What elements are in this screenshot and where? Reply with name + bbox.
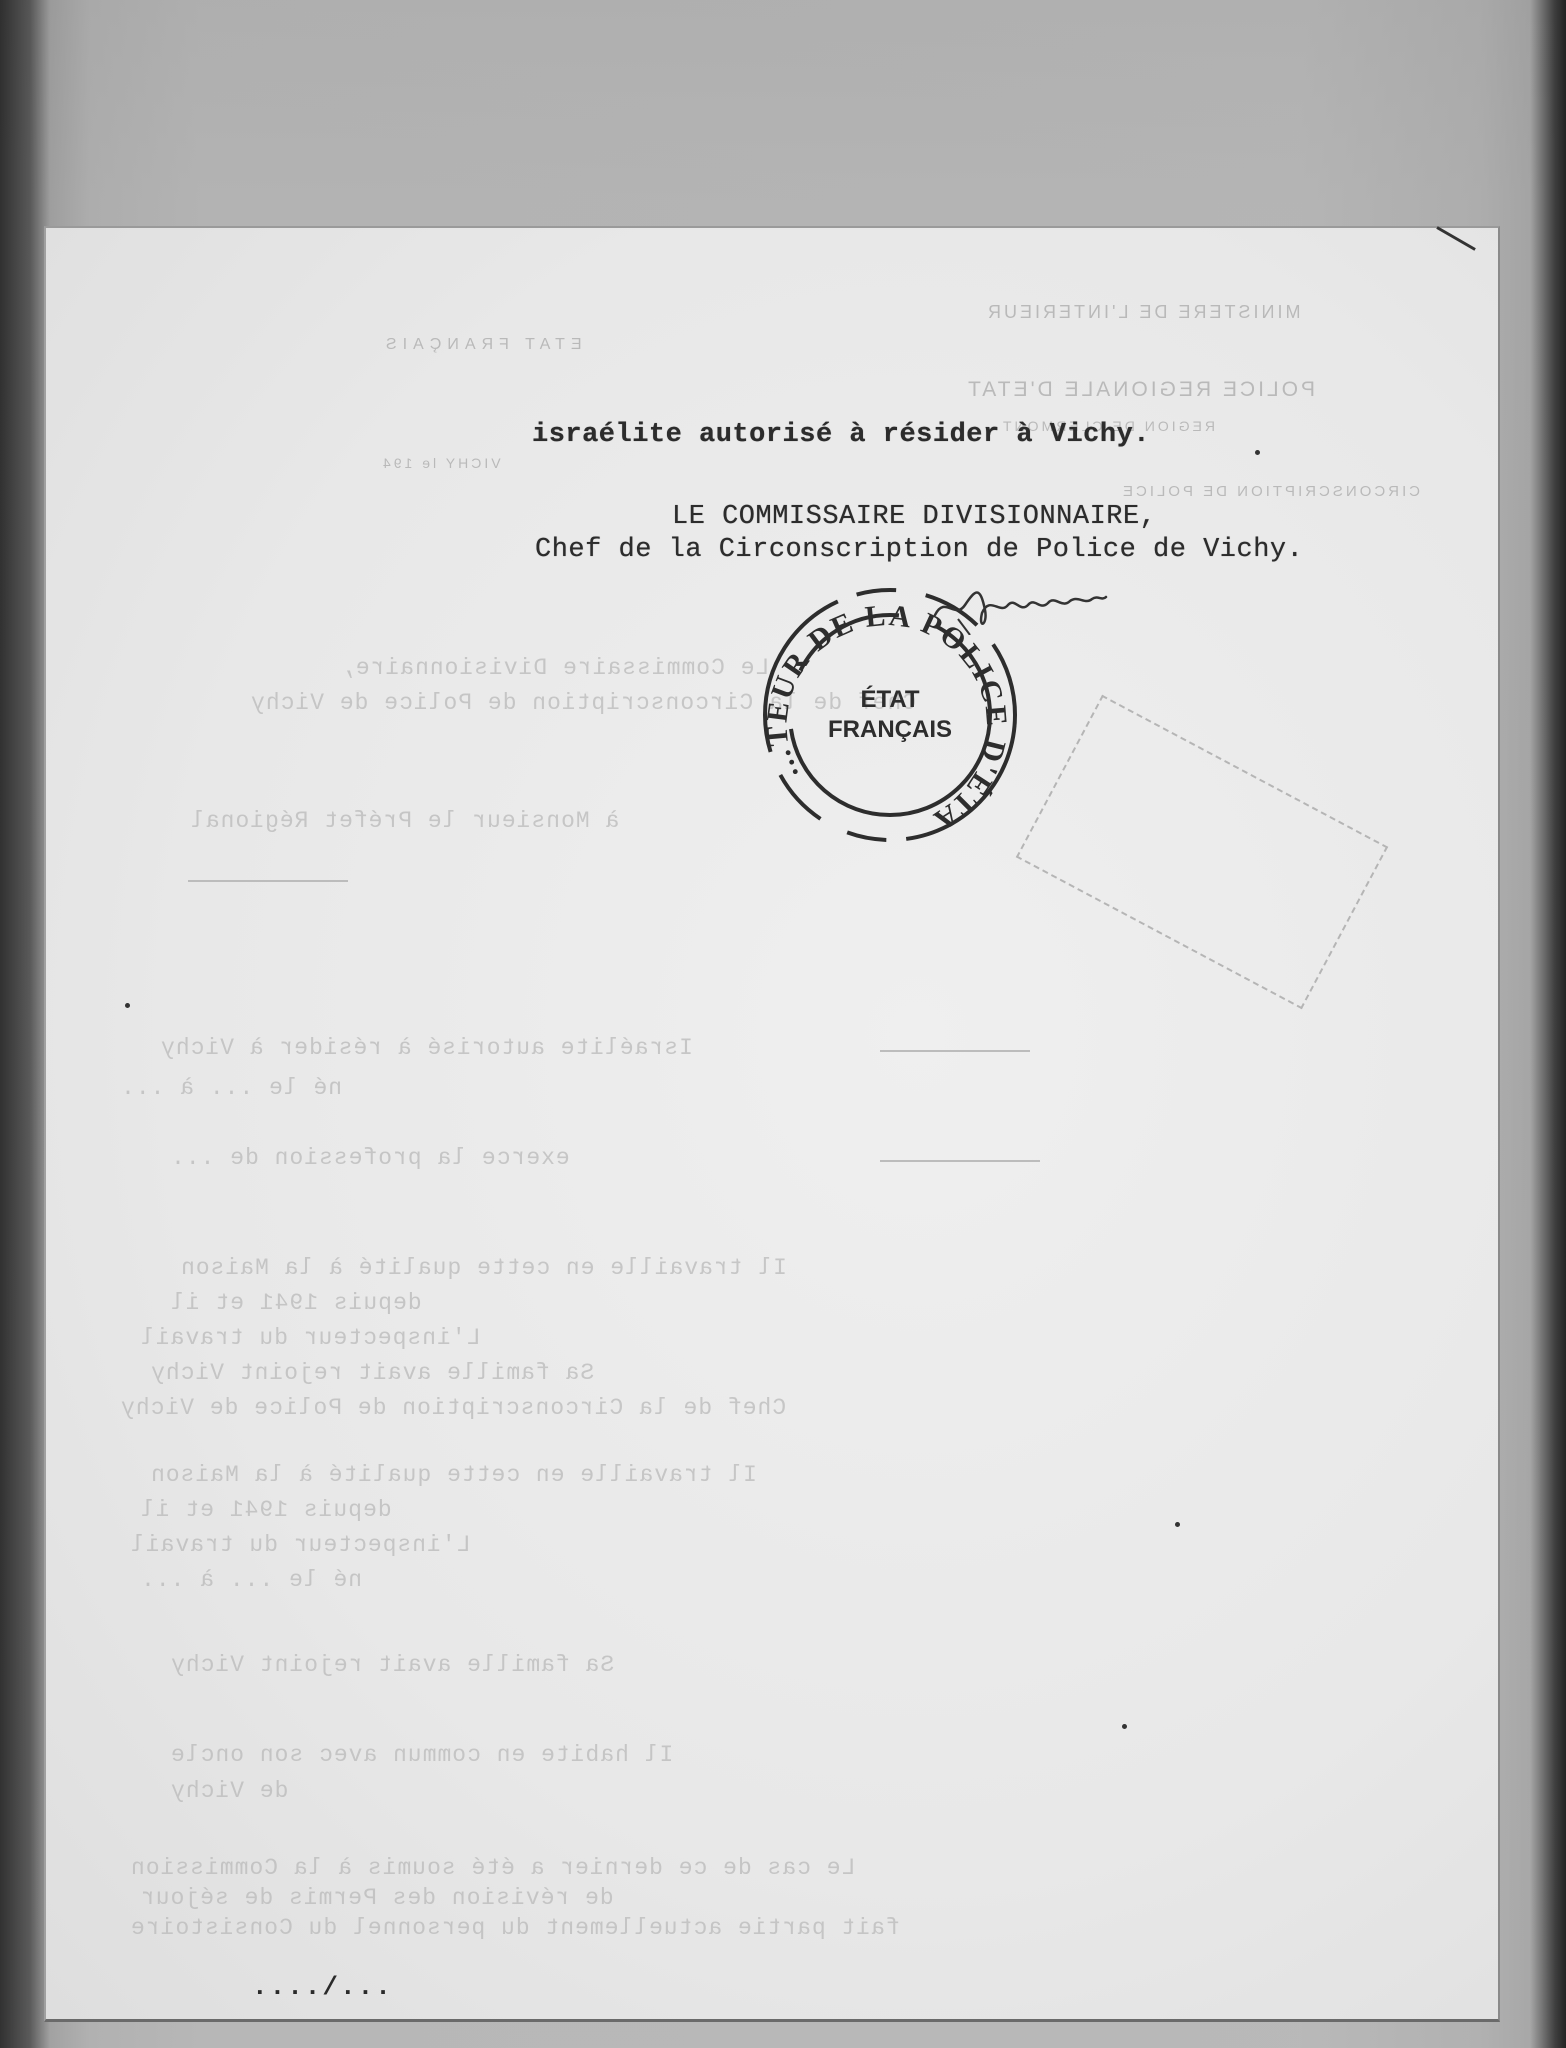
- ghost-body-line: de révision des Permis de séjour: [140, 1885, 614, 1911]
- ghost-rule: [188, 880, 348, 882]
- ghost-header-police-regionale: POLICE REGIONALE D'ETAT: [965, 378, 1315, 402]
- ghost-body-line: Chef de la Circonscription de Police de …: [120, 1395, 786, 1421]
- continuation-mark: ..../...: [252, 1972, 393, 2002]
- ghost-body-line: Il habite en commun avec son oncle: [170, 1742, 673, 1768]
- svg-text:FRANÇAIS: FRANÇAIS: [828, 716, 952, 743]
- ghost-header-circonscription: CIRCONSCRIPTION DE POLICE: [1120, 483, 1420, 500]
- svg-text:ÉTAT: ÉTAT: [860, 685, 919, 713]
- typed-line-israelite: israélite autorisé à résider à Vichy.: [532, 420, 1150, 450]
- ghost-body-line: fait partie actuellement du personnel du…: [130, 1915, 900, 1941]
- ghost-body-line: Le cas de ce dernier a été soumis à la C…: [130, 1855, 855, 1881]
- ghost-body-line: à Monsieur le Préfet Régional: [190, 808, 619, 834]
- ghost-body-line: exerce la profession de ...: [170, 1145, 570, 1171]
- ghost-body-line: Il travaille en cette qualité à la Maiso…: [150, 1462, 757, 1488]
- ink-dot: [1175, 1522, 1180, 1527]
- ink-dot: [1255, 450, 1260, 455]
- ghost-rule: [880, 1050, 1030, 1052]
- ghost-body-line: Sa famille avait rejoint Vichy: [170, 1652, 614, 1678]
- ghost-body-line: depuis 1941 et il: [140, 1497, 392, 1523]
- ghost-header-date: VICHY le 194: [380, 455, 501, 471]
- ghost-body-line: Il travaille en cette qualité à la Maiso…: [180, 1255, 787, 1281]
- ink-dot: [1122, 1724, 1127, 1729]
- ghost-body-line: de Vichy: [170, 1778, 288, 1804]
- signature-stroke: [930, 575, 1130, 635]
- ghost-header-ministere: MINISTERE DE L'INTERIEUR: [985, 302, 1300, 323]
- ghost-body-line: Le Commissaire Divisionnaire,: [340, 655, 769, 681]
- signatory-title: LE COMMISSAIRE DIVISIONNAIRE,: [672, 502, 1156, 532]
- ghost-body-line: L'inspecteur du travail: [140, 1325, 480, 1351]
- ghost-rule: [880, 1160, 1040, 1162]
- ghost-body-line: né le ... à ...: [140, 1567, 362, 1593]
- ghost-header-etat-francais: ETAT FRANÇAIS: [380, 336, 582, 354]
- ink-dot: [125, 1003, 130, 1008]
- handwritten-signature: [930, 575, 1130, 635]
- ghost-body-line: Israélite autorisé à résider à Vichy: [160, 1035, 693, 1061]
- ghost-body-line: Sa famille avait rejoint Vichy: [150, 1360, 594, 1386]
- ghost-body-line: né le ... à ...: [120, 1075, 342, 1101]
- ghost-body-line: depuis 1941 et il: [170, 1290, 422, 1316]
- ghost-body-line: L'inspecteur du travail: [130, 1532, 470, 1558]
- signatory-role: Chef de la Circonscription de Police de …: [535, 535, 1303, 565]
